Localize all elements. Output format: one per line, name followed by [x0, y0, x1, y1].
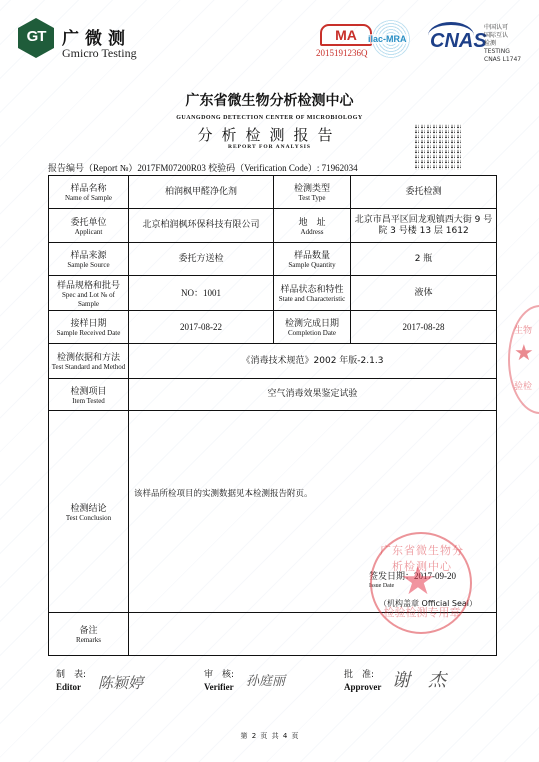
table-row: 样品名称Name of Sample 柏润枫甲醛净化剂 检测类型Test Typ… — [49, 176, 497, 209]
value-completion-date: 2017-08-28 — [351, 311, 497, 344]
editor-signature: 陈颖婷 — [98, 672, 143, 693]
label-sample-source: 样品来源Sample Source — [49, 243, 129, 276]
label-sample-name: 样品名称Name of Sample — [49, 176, 129, 209]
verifier-label-en: Verifier — [204, 682, 234, 692]
value-sample-name: 柏润枫甲醛净化剂 — [129, 176, 274, 209]
cma-icon: MA — [320, 24, 372, 46]
label-standard: 检测依据和方法Test Standard and Method — [49, 344, 129, 379]
verifier-signature-block: 审 核: Verifier — [204, 667, 234, 692]
logo-mark: GT — [18, 28, 54, 45]
label-address: 地 址Address — [274, 209, 351, 243]
star-icon: ★ — [400, 558, 436, 604]
approver-label-cn: 批 准: — [344, 670, 374, 680]
value-standard: 《消毒技术规范》2002 年版-2.1.3 — [129, 344, 497, 379]
table-row: 委托单位Applicant 北京柏润枫环保科技有限公司 地 址Address 北… — [49, 209, 497, 243]
org-name-cn: 广东省微生物分析检测中心 — [0, 90, 539, 110]
ilac-mra-icon: ilac-MRA — [372, 20, 410, 58]
cnas-logo: CNAS — [430, 30, 487, 53]
verifier-signature: 孙庭丽 — [246, 670, 285, 689]
value-received-date: 2017-08-22 — [129, 311, 274, 344]
table-row: 检测项目Item Tested 空气消毒效果鉴定试验 — [49, 379, 497, 411]
value-sample-source: 委托方送检 — [129, 243, 274, 276]
cma-number: 2015191236Q — [316, 48, 372, 58]
star-icon: ★ — [514, 341, 534, 366]
gmicro-logo: GT 广微测 Gmicro Testing — [18, 18, 150, 62]
table-row: 接样日期Sample Received Date 2017-08-22 检测完成… — [49, 311, 497, 344]
label-completion-date: 检测完成日期Completion Date — [274, 311, 351, 344]
value-test-type: 委托检测 — [351, 176, 497, 209]
value-address: 北京市昌平区回龙观镇西大街 9 号院 3 号楼 13 层 1612 — [351, 209, 497, 243]
table-row: 样品规格和批号Spec and Lot № of Sample NO：1001 … — [49, 276, 497, 311]
label-remarks: 备注Remarks — [49, 613, 129, 656]
report-number-line: 报告编号（Report №）2017FM07200R03 校验码（Verific… — [48, 161, 358, 174]
label-test-type: 检测类型Test Type — [274, 176, 351, 209]
gt-hexagon-icon: GT — [18, 18, 54, 58]
cnas-line: 检测 — [484, 40, 521, 48]
official-seal-stamp: 广东省微生物分析检测中心 ★ 检验检测专用章 — [370, 532, 472, 634]
label-item-tested: 检测项目Item Tested — [49, 379, 129, 411]
cnas-line: CNAS L1747 — [484, 56, 521, 64]
table-row: 检测依据和方法Test Standard and Method 《消毒技术规范》… — [49, 344, 497, 379]
ilac-label: ilac-MRA — [368, 34, 407, 44]
stamp-bottom-text: 检验检测专用章 — [380, 604, 464, 620]
cnas-side-text: 中国认可 国际互认 检测 TESTING CNAS L1747 — [484, 24, 521, 64]
org-name-en: GUANGDONG DETECTION CENTER OF MICROBIOLO… — [0, 115, 539, 121]
cma-mark: MA 2015191236Q — [316, 24, 372, 58]
cnas-line: TESTING — [484, 48, 521, 56]
page-edge-seal-stamp: 生物 ★ 验检 — [508, 305, 539, 414]
value-applicant: 北京柏润枫环保科技有限公司 — [129, 209, 274, 243]
logo-en-text: Gmicro Testing — [62, 46, 137, 61]
cnas-line: 国际互认 — [484, 32, 521, 40]
label-received-date: 接样日期Sample Received Date — [49, 311, 129, 344]
side-stamp-text: 生物 — [514, 323, 532, 336]
verifier-label-cn: 审 核: — [204, 670, 234, 680]
cnas-line: 中国认可 — [484, 24, 521, 32]
label-sample-quantity: 样品数量Sample Quantity — [274, 243, 351, 276]
editor-label-cn: 制 表: — [56, 670, 86, 680]
table-row: 样品来源Sample Source 委托方送检 样品数量Sample Quant… — [49, 243, 497, 276]
value-state: 液体 — [351, 276, 497, 311]
page-number: 第 2 页 共 4 页 — [0, 731, 539, 741]
conclusion-text: 该样品所检项目的实测数据见本检测报告附页。 — [134, 487, 313, 499]
label-applicant: 委托单位Applicant — [49, 209, 129, 243]
value-item-tested: 空气消毒效果鉴定试验 — [129, 379, 497, 411]
editor-signature-block: 制 表: Editor — [56, 667, 86, 692]
side-stamp-text: 验检 — [514, 379, 532, 392]
value-sample-quantity: 2 瓶 — [351, 243, 497, 276]
approver-label-en: Approver — [344, 682, 381, 692]
label-conclusion: 检测结论Test Conclusion — [49, 411, 129, 613]
approver-signature: 谢 杰 — [392, 666, 446, 692]
label-spec-lot: 样品规格和批号Spec and Lot № of Sample — [49, 276, 129, 311]
editor-label-en: Editor — [56, 682, 86, 692]
approver-signature-block: 批 准: Approver — [344, 667, 381, 692]
label-state: 样品状态和特性State and Characteristic — [274, 276, 351, 311]
value-spec-lot: NO：1001 — [129, 276, 274, 311]
qr-code-icon — [415, 124, 463, 170]
